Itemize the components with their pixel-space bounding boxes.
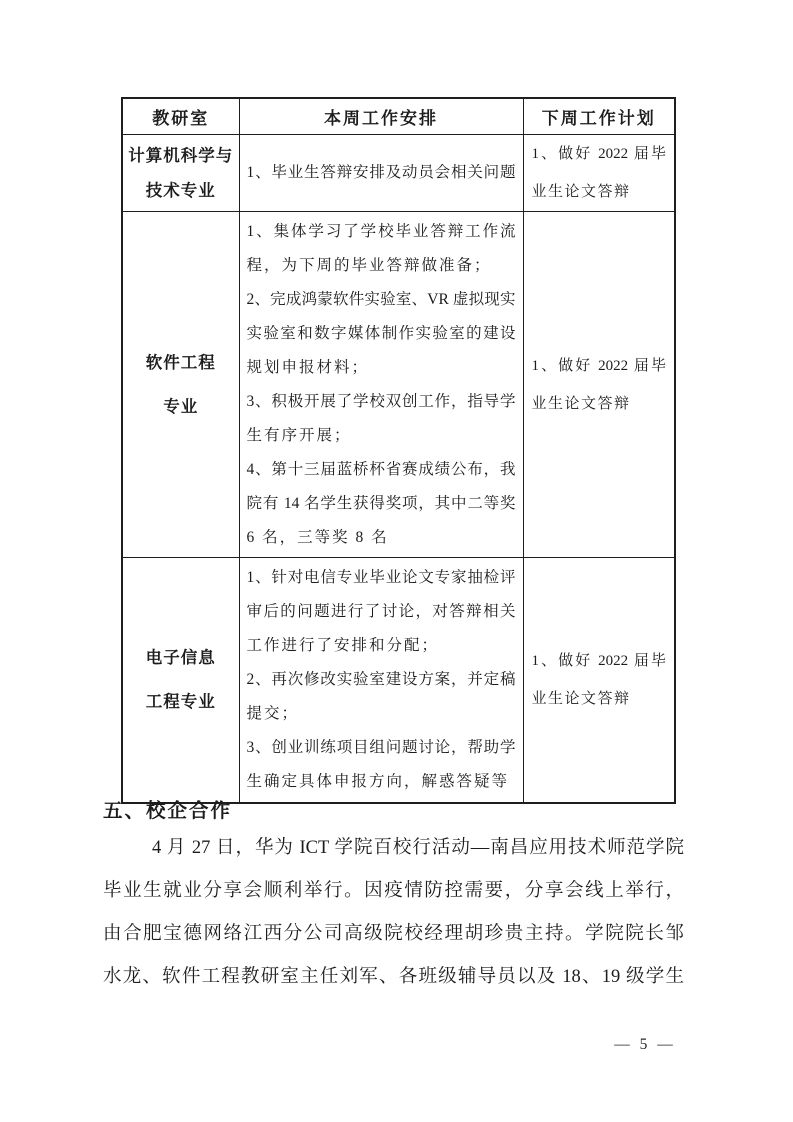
table-row: 软件工程 专业 1、集体学习了学校毕业答辩工作流 程，为下周的毕业答辩做准备； … [122,212,675,558]
week-text-line: 审后的问题进行了讨论，对答辩相关 [247,595,516,629]
next-text-line: 业生论文答辩 [532,173,667,211]
week-text-line: 提交； [247,697,516,731]
next-text-line: 业生论文答辩 [532,385,667,423]
table-row: 电子信息 工程专业 1、针对电信专业毕业论文专家抽检评 审后的问题进行了讨论，对… [122,558,675,804]
paragraph-line: 毕业生就业分享会顺利举行。因疫情防控需要，分享会线上举行， [103,870,684,913]
week-text-line: 院有 14 名学生获得奖项，其中二等奖 [247,487,516,521]
next-week-cell: 1、做好 2022 届毕 业生论文答辩 [523,135,675,212]
next-text-line: 1、做好 2022 届毕 [532,642,667,680]
week-text-line: 2、完成鸿蒙软件实验室、VR 虚拟现实 [247,283,516,317]
next-text-line: 1、做好 2022 届毕 [532,135,667,173]
week-text-line: 规划申报材料； [247,351,516,385]
table-header-next-week: 下周工作计划 [523,98,675,135]
week-text-line: 生确定具体申报方向，解惑答疑等 [247,765,516,799]
this-week-cell: 1、毕业生答辩安排及动员会相关问题 [239,135,523,212]
dept-name-line: 技术专业 [123,173,239,208]
week-text-line: 生有序开展； [247,419,516,453]
table-header-row: 教研室 本周工作安排 下周工作计划 [122,98,675,135]
table-header-this-week: 本周工作安排 [239,98,523,135]
paragraph-line: 水龙、软件工程教研室主任刘军、各班级辅导员以及 18、19 级学生 [103,956,684,999]
page-number: — 5 — [595,1036,695,1054]
week-text-line: 2、再次修改实验室建设方案，并定稿 [247,663,516,697]
week-text-line: 6 名，三等奖 8 名 [247,521,516,555]
week-text-line: 实验室和数字媒体制作实验室的建设 [247,317,516,351]
dept-cell: 计算机科学与 技术专业 [122,135,239,212]
next-text-line: 业生论文答辩 [532,680,667,718]
next-week-cell: 1、做好 2022 届毕 业生论文答辩 [523,212,675,558]
week-text-line: 1、集体学习了学校毕业答辩工作流 [247,215,516,249]
week-text-line: 3、积极开展了学校双创工作，指导学 [247,385,516,419]
table-row: 计算机科学与 技术专业 1、毕业生答辩安排及动员会相关问题 1、做好 2022 … [122,135,675,212]
table-header-dept: 教研室 [122,98,239,135]
week-text-line: 1、毕业生答辩安排及动员会相关问题 [247,156,516,190]
week-text-line: 3、创业训练项目组问题讨论，帮助学 [247,731,516,765]
dept-name-line: 专业 [123,385,239,429]
paragraph-line: 由合肥宝德网络江西分公司高级院校经理胡珍贵主持。学院院长邹 [103,913,684,956]
dept-name-line: 电子信息 [123,636,239,680]
document-page: 教研室 本周工作安排 下周工作计划 计算机科学与 技术专业 1、毕业生答辩安排及… [0,0,793,1122]
week-text-line: 程，为下周的毕业答辩做准备； [247,249,516,283]
week-text-line: 4、第十三届蓝桥杯省赛成绩公布，我 [247,453,516,487]
this-week-cell: 1、集体学习了学校毕业答辩工作流 程，为下周的毕业答辩做准备； 2、完成鸿蒙软件… [239,212,523,558]
dept-name-line: 软件工程 [123,341,239,385]
dept-cell: 电子信息 工程专业 [122,558,239,804]
work-schedule-table: 教研室 本周工作安排 下周工作计划 计算机科学与 技术专业 1、毕业生答辩安排及… [121,97,676,804]
this-week-cell: 1、针对电信专业毕业论文专家抽检评 审后的问题进行了讨论，对答辩相关 工作进行了… [239,558,523,804]
next-week-cell: 1、做好 2022 届毕 业生论文答辩 [523,558,675,804]
body-paragraph: 4 月 27 日，华为 ICT 学院百校行活动—南昌应用技术师范学院 毕业生就业… [103,827,684,999]
week-text-line: 工作进行了安排和分配； [247,629,516,663]
dept-cell: 软件工程 专业 [122,212,239,558]
dept-name-line: 工程专业 [123,680,239,724]
dept-name-line: 计算机科学与 [123,138,239,173]
paragraph-line: 4 月 27 日，华为 ICT 学院百校行活动—南昌应用技术师范学院 [103,827,684,870]
week-text-line: 1、针对电信专业毕业论文专家抽检评 [247,561,516,595]
section-heading: 五、校企合作 [103,798,232,826]
next-text-line: 1、做好 2022 届毕 [532,347,667,385]
